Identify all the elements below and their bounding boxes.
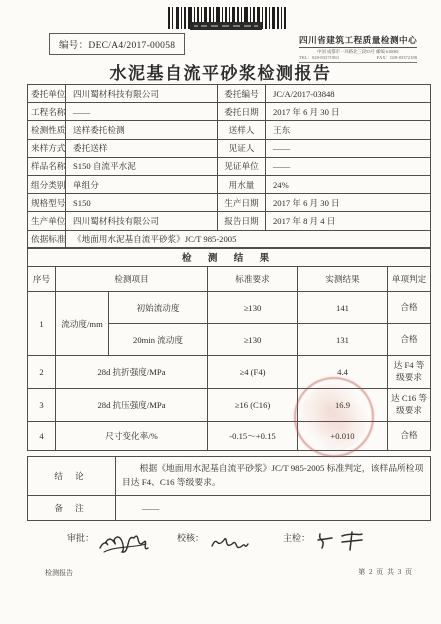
info-label: 生产单位 (28, 212, 66, 230)
result-judgement: 合格 (388, 422, 431, 451)
info-label: 生产日期 (218, 194, 266, 212)
org-name: 四川省建筑工程质量检测中心 (299, 34, 417, 48)
footer-doc-type: 检测报告 (45, 568, 73, 578)
col-header-no: 序号 (28, 267, 56, 292)
report-number-value: DEC/A4/2017-00058 (88, 41, 175, 51)
col-header-judgement: 单项判定 (388, 267, 431, 292)
result-no: 1 (28, 292, 56, 356)
info-value: S150 (66, 194, 218, 212)
info-label: 组分类别 (28, 175, 66, 193)
info-label: 规格型号 (28, 194, 66, 212)
results-section-title: 检 测 结 果 (28, 248, 431, 267)
org-address: 中国 成都市一环路北三段55号 邮编 610081 (302, 49, 414, 55)
report-page: 编号：DEC/A4/2017-00058 四川省建筑工程质量检测中心 中国 成都… (0, 0, 441, 624)
table-row: 2 28d 抗折强度/MPa ≥4 (F4) 4.4 达 F4 等级要求 (28, 356, 431, 389)
info-value: 送样委托检测 (66, 121, 218, 139)
result-no: 3 (28, 389, 56, 422)
info-value: 四川蜀材科技有限公司 (66, 85, 218, 103)
table-row: 委托单位 四川蜀材科技有限公司 委托编号 JC/A/2017-03848 (28, 85, 431, 103)
info-value: 2017 年 6 月 30 日 (266, 194, 431, 212)
info-label: 用水量 (218, 175, 266, 193)
approver-signature (96, 528, 152, 556)
sample-info-table: 委托单位 四川蜀材科技有限公司 委托编号 JC/A/2017-03848 工程名… (27, 84, 431, 249)
standard-value: 《地面用水泥基自流平砂浆》JC/T 985-2005 (66, 230, 431, 248)
info-label: 见证单位 (218, 157, 266, 175)
info-value: 2017 年 6 月 30 日 (266, 103, 431, 121)
result-item: 尺寸变化率/% (56, 422, 208, 451)
remark-label: 备 注 (28, 496, 116, 521)
info-value: —— (266, 139, 431, 157)
info-label: 委托日期 (218, 103, 266, 121)
result-judgement: 合格 (388, 324, 431, 356)
approve-label: 审批： (67, 528, 94, 544)
col-header-result: 实测结果 (298, 267, 388, 292)
conclusion-label: 结 论 (28, 457, 116, 496)
info-label: 工程名称 (28, 103, 66, 121)
page-title: 水泥基自流平砂浆检测报告 (0, 59, 441, 84)
barcode (168, 7, 286, 31)
result-requirement: ≥4 (F4) (208, 356, 298, 389)
info-value: 24% (266, 175, 431, 193)
info-value: 单组分 (66, 175, 218, 193)
result-item: 初始流动度 (109, 292, 208, 324)
result-requirement: ≥130 (208, 324, 298, 356)
table-row: 结 论 根据《地面用水泥基自流平砂浆》JC/T 985-2005 标准判定，该样… (28, 457, 431, 496)
table-row: 备 注 —— (28, 496, 431, 521)
info-value: —— (66, 103, 218, 121)
info-label: 来样方式 (28, 139, 66, 157)
result-judgement: 达 F4 等级要求 (388, 356, 431, 389)
result-value: 4.4 (298, 356, 388, 389)
main-tester-signature-block: 主检： (283, 528, 366, 556)
info-value: —— (266, 157, 431, 175)
check-label: 校核： (177, 528, 204, 544)
info-value: 2017 年 8 月 4 日 (266, 212, 431, 230)
main-label: 主检： (283, 528, 310, 544)
table-row: 检测性质 送样委托检测 送样人 王东 (28, 121, 431, 139)
table-row: 样品名称 S150 自流平水泥 见证单位 —— (28, 157, 431, 175)
table-row: 组分类别 单组分 用水量 24% (28, 175, 431, 193)
table-row: 检 测 结 果 (28, 248, 431, 267)
checker-signature-block: 校核： (177, 528, 252, 556)
result-requirement: ≥130 (208, 292, 298, 324)
result-judgement: 合格 (388, 292, 431, 324)
result-no: 2 (28, 356, 56, 389)
result-item: 20min 流动度 (109, 324, 208, 356)
checker-signature (206, 528, 252, 556)
main-tester-signature (312, 528, 366, 556)
result-value: 141 (298, 292, 388, 324)
results-table: 检 测 结 果 序号 检测项目 标准要求 实测结果 单项判定 1 流动度/mm … (27, 247, 431, 451)
result-item: 28d 抗压强度/MPa (56, 389, 208, 422)
table-row: 工程名称 —— 委托日期 2017 年 6 月 30 日 (28, 103, 431, 121)
result-no: 4 (28, 422, 56, 451)
info-value: 委托送样 (66, 139, 218, 157)
result-judgement: 达 C16 等级要求 (388, 389, 431, 422)
info-value: 四川蜀材科技有限公司 (66, 212, 218, 230)
barcode-bars (168, 7, 286, 31)
table-row: 1 流动度/mm 初始流动度 ≥130 141 合格 (28, 292, 431, 324)
info-value: JC/A/2017-03848 (266, 85, 431, 103)
table-row: 生产单位 四川蜀材科技有限公司 报告日期 2017 年 8 月 4 日 (28, 212, 431, 230)
col-header-requirement: 标准要求 (208, 267, 298, 292)
info-label: 报告日期 (218, 212, 266, 230)
info-value: S150 自流平水泥 (66, 157, 218, 175)
table-row: 来样方式 委托送样 见证人 —— (28, 139, 431, 157)
result-requirement: -0.15～+0.15 (208, 422, 298, 451)
info-label: 送样人 (218, 121, 266, 139)
signature-row: 审批： 校核： 主检： (27, 528, 430, 562)
info-label: 见证人 (218, 139, 266, 157)
report-number-label: 编号： (59, 41, 88, 51)
approver-signature-block: 审批： (67, 528, 152, 556)
info-value: 王东 (266, 121, 431, 139)
result-value: +0.010 (298, 422, 388, 451)
result-value: 16.9 (298, 389, 388, 422)
info-label: 委托单位 (28, 85, 66, 103)
table-row: 序号 检测项目 标准要求 实测结果 单项判定 (28, 267, 431, 292)
page-number: 第 2 页 共 3 页 (358, 567, 413, 577)
result-item: 28d 抗折强度/MPa (56, 356, 208, 389)
table-row: 规格型号 S150 生产日期 2017 年 6 月 30 日 (28, 194, 431, 212)
result-group: 流动度/mm (56, 292, 109, 356)
conclusion-text: 根据《地面用水泥基自流平砂浆》JC/T 985-2005 标准判定，该样品所检项… (116, 457, 431, 496)
conclusion-table: 结 论 根据《地面用水泥基自流平砂浆》JC/T 985-2005 标准判定，该样… (27, 456, 431, 521)
info-label: 样品名称 (28, 157, 66, 175)
result-requirement: ≥16 (C16) (208, 389, 298, 422)
result-value: 131 (298, 324, 388, 356)
report-number-box: 编号：DEC/A4/2017-00058 (49, 33, 185, 55)
table-row: 4 尺寸变化率/% -0.15～+0.15 +0.010 合格 (28, 422, 431, 451)
standard-label: 依据标准 (28, 230, 66, 248)
info-label: 检测性质 (28, 121, 66, 139)
table-row: 3 28d 抗压强度/MPa ≥16 (C16) 16.9 达 C16 等级要求 (28, 389, 431, 422)
table-row: 依据标准 《地面用水泥基自流平砂浆》JC/T 985-2005 (28, 230, 431, 248)
info-label: 委托编号 (218, 85, 266, 103)
remark-value: —— (116, 496, 431, 521)
col-header-item: 检测项目 (56, 267, 208, 292)
